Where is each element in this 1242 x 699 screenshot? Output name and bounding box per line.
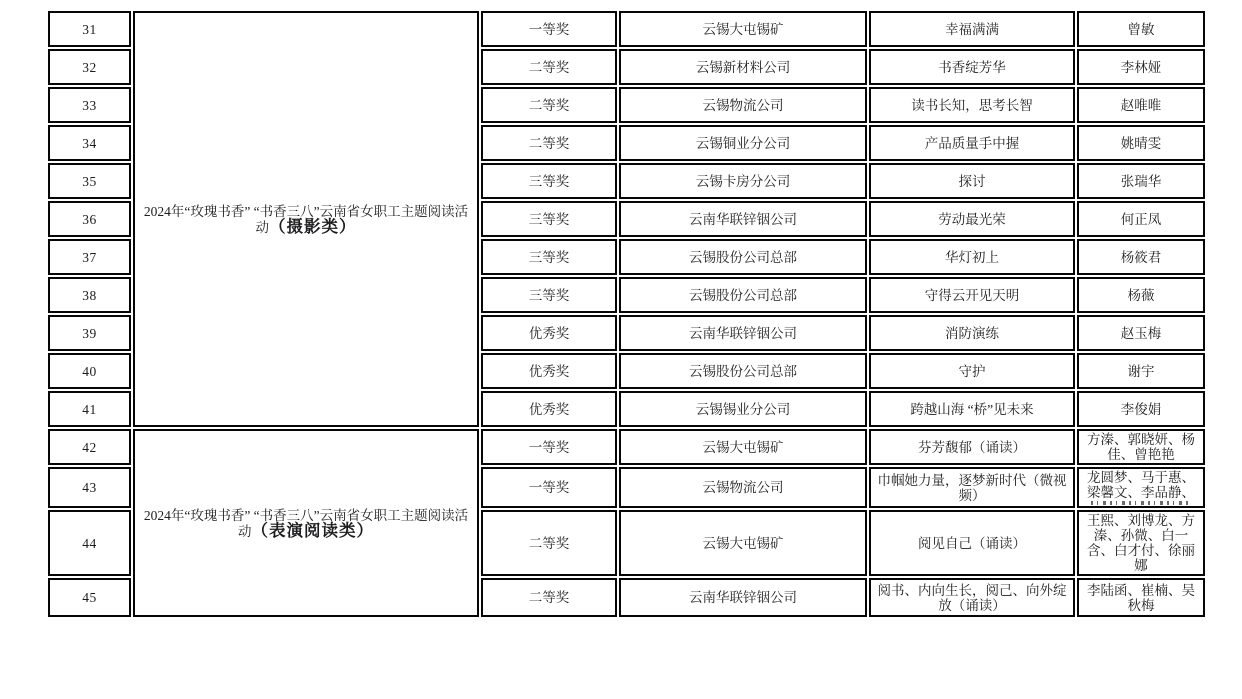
award-cell: 三等奖 [481,277,617,313]
award-cell: 优秀奖 [481,391,617,427]
row-number-cell: 36 [48,201,131,237]
names-cell: 王熙、刘博龙、方溱、孙微、白一含、白才付、徐丽娜 [1077,510,1205,576]
names-text: 谢宇 [1083,364,1199,379]
work-title-cell: 消防演练 [869,315,1075,351]
company-cell: 云锡股份公司总部 [619,277,867,313]
row-number-cell: 38 [48,277,131,313]
names-cell: 杨筱君 [1077,239,1205,275]
names-cell: 杨薇 [1077,277,1205,313]
company-cell: 云锡大屯锡矿 [619,429,867,465]
work-title-cell: 芬芳馥郁（诵读） [869,429,1075,465]
names-cell: 曾敏 [1077,11,1205,47]
names-cell: 赵玉梅 [1077,315,1205,351]
company-cell: 云锡铜业分公司 [619,125,867,161]
work-title-cell: 巾帼她力量，逐梦新时代（微视频） [869,467,1075,508]
row-number-cell: 43 [48,467,131,508]
row-number-cell: 39 [48,315,131,351]
row-number-cell: 41 [48,391,131,427]
work-title-cell: 华灯初上 [869,239,1075,275]
table-row: 42 2024年“玫瑰书香” “书香三八”云南省女职工主题阅读活动（表演阅读类）… [48,429,1205,465]
work-title-cell: 守得云开见天明 [869,277,1075,313]
names-text: 张瑞华 [1083,174,1199,189]
names-text: 李林娅 [1083,60,1199,75]
row-number-cell: 31 [48,11,131,47]
names-cell: 李陆函、崔楠、吴秋梅 [1077,578,1205,617]
company-cell: 云锡物流公司 [619,87,867,123]
awards-table: 31 2024年“玫瑰书香” “书香三八”云南省女职工主题阅读活动（摄影类）一等… [46,9,1207,619]
names-text: 姚晴雯 [1083,136,1199,151]
row-number-cell: 35 [48,163,131,199]
names-text: 李陆函、崔楠、吴秋梅 [1083,583,1199,613]
company-cell: 云锡大屯锡矿 [619,510,867,576]
award-cell: 二等奖 [481,510,617,576]
names-cell: 谢宇 [1077,353,1205,389]
clipped-text-fragment [1091,501,1191,505]
award-cell: 一等奖 [481,467,617,508]
award-cell: 一等奖 [481,429,617,465]
work-title-cell: 阅见自己（诵读） [869,510,1075,576]
names-text: 何正凤 [1083,212,1199,227]
names-cell: 龙圆梦、马于惠、梁馨文、李品静、 [1077,467,1205,508]
award-cell: 三等奖 [481,239,617,275]
awards-table-body: 31 2024年“玫瑰书香” “书香三八”云南省女职工主题阅读活动（摄影类）一等… [48,11,1205,617]
names-cell: 李俊娟 [1077,391,1205,427]
award-cell: 二等奖 [481,125,617,161]
company-cell: 云锡新材料公司 [619,49,867,85]
work-title-cell: 守护 [869,353,1075,389]
activity-cell: 2024年“玫瑰书香” “书香三八”云南省女职工主题阅读活动（摄影类） [133,11,479,427]
names-text: 赵玉梅 [1083,326,1199,341]
names-cell: 赵唯唯 [1077,87,1205,123]
names-cell: 方溱、郭晓妍、杨佳、曾艳艳 [1077,429,1205,465]
award-cell: 二等奖 [481,87,617,123]
row-number-cell: 40 [48,353,131,389]
award-cell: 一等奖 [481,11,617,47]
names-text: 杨薇 [1083,288,1199,303]
names-cell: 张瑞华 [1077,163,1205,199]
row-number-cell: 44 [48,510,131,576]
row-number-cell: 33 [48,87,131,123]
row-number-cell: 42 [48,429,131,465]
award-cell: 三等奖 [481,163,617,199]
activity-cell: 2024年“玫瑰书香” “书香三八”云南省女职工主题阅读活动（表演阅读类） [133,429,479,617]
activity-category-text: （摄影类） [269,217,357,236]
row-number-cell: 32 [48,49,131,85]
award-cell: 优秀奖 [481,315,617,351]
work-title-cell: 阅书、内向生长，阅己、向外绽放（诵读） [869,578,1075,617]
company-cell: 云南华联锌铟公司 [619,578,867,617]
work-title-cell: 读书长知，思考长智 [869,87,1075,123]
work-title-cell: 探讨 [869,163,1075,199]
names-cell: 李林娅 [1077,49,1205,85]
work-title-cell: 幸福满满 [869,11,1075,47]
row-number-cell: 34 [48,125,131,161]
names-text: 曾敏 [1083,22,1199,37]
names-text: 赵唯唯 [1083,98,1199,113]
names-cell: 姚晴雯 [1077,125,1205,161]
row-number-cell: 37 [48,239,131,275]
names-cell: 何正凤 [1077,201,1205,237]
company-cell: 云锡大屯锡矿 [619,11,867,47]
work-title-cell: 跨越山海 “桥”见未来 [869,391,1075,427]
table-row: 31 2024年“玫瑰书香” “书香三八”云南省女职工主题阅读活动（摄影类）一等… [48,11,1205,47]
company-cell: 云南华联锌铟公司 [619,201,867,237]
company-cell: 云锡物流公司 [619,467,867,508]
company-cell: 云锡股份公司总部 [619,239,867,275]
award-cell: 三等奖 [481,201,617,237]
award-cell: 优秀奖 [481,353,617,389]
activity-category-text: （表演阅读类） [252,521,375,540]
award-cell: 二等奖 [481,49,617,85]
work-title-cell: 产品质量手中握 [869,125,1075,161]
award-cell: 二等奖 [481,578,617,617]
company-cell: 云锡锡业分公司 [619,391,867,427]
document-page: 31 2024年“玫瑰书香” “书香三八”云南省女职工主题阅读活动（摄影类）一等… [0,0,1242,699]
names-text: 龙圆梦、马于惠、梁馨文、李品静、 [1083,470,1199,500]
company-cell: 云锡股份公司总部 [619,353,867,389]
row-number-cell: 45 [48,578,131,617]
work-title-cell: 书香绽芳华 [869,49,1075,85]
company-cell: 云南华联锌铟公司 [619,315,867,351]
company-cell: 云锡卡房分公司 [619,163,867,199]
work-title-cell: 劳动最光荣 [869,201,1075,237]
names-text: 王熙、刘博龙、方溱、孙微、白一含、白才付、徐丽娜 [1083,513,1199,573]
names-text: 方溱、郭晓妍、杨佳、曾艳艳 [1083,432,1199,462]
names-text: 杨筱君 [1083,250,1199,265]
names-text: 李俊娟 [1083,402,1199,417]
